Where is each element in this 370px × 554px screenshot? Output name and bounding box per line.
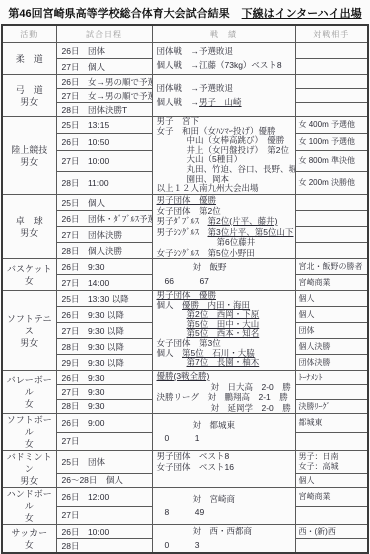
schedule-cell: 27日 女→男の順で予選 <box>56 89 152 103</box>
schedule-cell: 26日 女→男の順で予選 <box>56 75 152 89</box>
result-line: 個人戦 →男子 山崎 <box>153 96 295 110</box>
results-cell: 団体戦 →予選敗退 個人戦 →男子 山崎 <box>152 75 295 117</box>
schedule-cell: 28日 11:00 <box>56 172 152 195</box>
activity-gender: 男女 <box>3 227 56 239</box>
result-line: 優勝(3戦全勝) <box>153 371 295 382</box>
result-line: 0 1 <box>153 432 295 446</box>
schedule-cell: 27日 <box>56 506 152 525</box>
results-table: 活動 試合日程 戦 績 対戦相手 柔 道 26日 団体 団体戦 →予選敗退 個人… <box>1 24 369 554</box>
opponent-cell <box>295 227 368 243</box>
results-cell: 男子団体 ベスト8 女子団体 ベスト16 <box>152 451 295 488</box>
result-line: 男子団体 ベスト8 <box>153 451 295 462</box>
schedule-cell: 26日 9:30 <box>56 371 152 385</box>
schedule-cell: 25日 個人 <box>56 195 152 211</box>
activity-cell-softball: ソフトボール 女 <box>2 414 56 451</box>
table-row: 卓 球 男女 25日 個人 男子団体 優勝 女子団体 第2位 男子ﾀﾞﾌﾞﾙｽ … <box>2 195 368 211</box>
activity-gender: 女 <box>3 512 56 524</box>
opponent-cell <box>295 211 368 227</box>
activity-name: 柔 道 <box>3 53 56 65</box>
result-line: 0 3 <box>153 539 295 553</box>
schedule-cell: 26日 9:30 以降 <box>56 307 152 323</box>
schedule-cell: 27日 9:30 <box>56 385 152 399</box>
schedule-cell: 26日 10:50 <box>56 134 152 151</box>
activity-name: 卓 球 <box>3 215 56 227</box>
table-row: 柔 道 26日 団体 団体戦 →予選敗退 個人戦 →江藤（73kg）ベスト8 <box>2 43 368 59</box>
schedule-cell: 28日 9:30 以降 <box>56 339 152 355</box>
opponent-cell: 女 200m 決勝他 <box>295 172 368 195</box>
result-line: 第7位 長園・柚木 <box>153 358 295 368</box>
result-line: 団体戦 →予選敗退 <box>153 45 295 59</box>
result-line: 対 西・西都商 <box>153 525 295 539</box>
opponent-cell: 都城東 <box>295 414 368 433</box>
schedule-cell: 26日 団体・ﾀﾞﾌﾞﾙｽ予選 <box>56 211 152 227</box>
activity-cell-table-tennis: 卓 球 男女 <box>2 195 56 259</box>
result-line: 対 日大高 2-0 勝 <box>153 382 295 393</box>
result-line: 対 飯野 <box>153 261 295 275</box>
result-line: 第6位藤井 <box>153 237 295 248</box>
result-line: 女子ｼﾝｸﾞﾙｽ 第5位小野田 <box>153 248 295 259</box>
activity-gender: 男女 <box>3 337 56 349</box>
result-line: 個人戦 →江藤（73kg）ベスト8 <box>153 59 295 73</box>
results-cell: 対 宮崎商 8 49 <box>152 488 295 525</box>
table-row: サッカー 女 26日 10:00 対 西・西都商 0 3 西・(新)西 <box>2 525 368 539</box>
result-line: 男子団体 優勝 <box>153 195 295 206</box>
result-line: 8 49 <box>153 506 295 520</box>
result-line: 団体戦 →予選敗退 <box>153 82 295 96</box>
schedule-cell: 27日 14:00 <box>56 275 152 291</box>
activity-cell-soft-tennis: ソフトテニス 男女 <box>2 291 56 371</box>
result-line: 決勝リーグ 対 鵬翔高 2-1 勝 <box>153 392 295 403</box>
opponent-cell: ﾄｰﾅﾒﾝﾄ <box>295 371 368 385</box>
opponent-cell: 女 800m 準決他 <box>295 151 368 172</box>
schedule-cell: 26～28日 個人 <box>56 473 152 487</box>
schedule-cell: 26日 9:00 <box>56 414 152 433</box>
opponent-cell <box>295 385 368 399</box>
activity-gender: 女 <box>3 398 56 410</box>
results-cell: 団体戦 →予選敗退 個人戦 →江藤（73kg）ベスト8 <box>152 43 295 75</box>
schedule-cell: 28日 9:30 <box>56 399 152 413</box>
result-line: 女子団体 ベスト16 <box>153 462 295 473</box>
opponent-cell <box>295 506 368 525</box>
opponent-cell: 個人 <box>295 473 368 487</box>
table-row: ハンドボール 女 26日 12:00 対 宮崎商 8 49 宮崎商業 <box>2 488 368 507</box>
table-row: 弓 道 男女 26日 女→男の順で予選 団体戦 →予選敗退 個人戦 →男子 山崎 <box>2 75 368 89</box>
schedule-cell: 28日 団体決勝T <box>56 103 152 117</box>
activity-cell-basketball: バスケット 女 <box>2 259 56 291</box>
table-row: ソフトテニス 男女 25日 13:30 以降 男子団体 優勝 個人 優勝 内田・… <box>2 291 368 307</box>
results-cell: 対 都城東 0 1 <box>152 414 295 451</box>
schedule-cell: 28日 個人決勝 <box>56 243 152 259</box>
table-row: ソフトボール 女 26日 9:00 対 都城東 0 1 都城東 <box>2 414 368 433</box>
result-line: 以上１２人南九州大会出場 <box>153 184 295 194</box>
activity-name: ハンドボール <box>3 488 56 512</box>
schedule-cell: 25日 団体 <box>56 451 152 474</box>
results-cell: 男子団体 優勝 女子団体 第2位 男子ﾀﾞﾌﾞﾙｽ 第2位(片平、藤井) 男子ｼ… <box>152 195 295 259</box>
schedule-cell: 27日 団体決勝 <box>56 227 152 243</box>
schedule-cell: 27日 <box>56 432 152 451</box>
schedule-cell: 25日 13:15 <box>56 117 152 134</box>
opponent-cell: 宮崎商業 <box>295 488 368 507</box>
results-cell: 優勝(3戦全勝) 対 日大高 2-0 勝 決勝リーグ 対 鵬翔高 2-1 勝 対… <box>152 371 295 414</box>
table-header-row: 活動 試合日程 戦 績 対戦相手 <box>2 25 368 43</box>
activity-name: バスケット <box>3 263 56 275</box>
table-row: バドミントン 男女 25日 団体 男子団体 ベスト8 女子団体 ベスト16 男子… <box>2 451 368 474</box>
opponent-cell <box>295 59 368 75</box>
activity-gender: 男女 <box>3 475 56 487</box>
schedule-cell: 26日 12:00 <box>56 488 152 507</box>
table-row: バレーボール 女 26日 9:30 優勝(3戦全勝) 対 日大高 2-0 勝 決… <box>2 371 368 385</box>
schedule-cell: 26日 団体 <box>56 43 152 59</box>
schedule-cell: 26日 10:00 <box>56 525 152 539</box>
activity-name: ソフトテニス <box>3 313 56 337</box>
activity-cell-kyudo: 弓 道 男女 <box>2 75 56 117</box>
results-cell: 対 飯野 66 67 <box>152 259 295 291</box>
table-row: 陸上競技 男女 25日 13:15 男子 宮下 女子 和田（女ﾊﾝﾏｰ投げ）優勝… <box>2 117 368 134</box>
opponent-cell <box>295 103 368 117</box>
header-result: 戦 績 <box>152 25 295 43</box>
opponent-cell: 個人 <box>295 307 368 323</box>
opponent-cell: 団体 <box>295 323 368 339</box>
opponent-cell <box>295 539 368 553</box>
opponent-cell: 宮崎商業 <box>295 275 368 291</box>
result-line: 男子ﾀﾞﾌﾞﾙｽ 第2位(片平、藤井) <box>153 216 295 227</box>
opponent-cell: 女 100m 予選他 <box>295 134 368 151</box>
activity-name: 弓 道 <box>3 84 56 96</box>
result-line: 対 都城東 <box>153 419 295 433</box>
opponent-cell <box>295 243 368 259</box>
header-schedule: 試合日程 <box>56 25 152 43</box>
opponent-cell <box>295 195 368 211</box>
activity-name: 陸上競技 <box>3 144 56 156</box>
opponent-cell: 西・(新)西 <box>295 525 368 539</box>
opponent-cell <box>295 432 368 451</box>
result-line: 女子団体 第2位 <box>153 206 295 217</box>
activity-gender: 女 <box>3 438 56 450</box>
page-title: 第46回宮崎県高等学校総合体育大会試合結果下線はインターハイ出場 <box>0 0 370 24</box>
schedule-cell: 28日 <box>56 539 152 553</box>
activity-cell-soccer: サッカー 女 <box>2 525 56 554</box>
schedule-cell: 27日 9:30 以降 <box>56 323 152 339</box>
opponent-cell: 個人 <box>295 291 368 307</box>
title-note: 下線はインターハイ出場 <box>242 8 362 20</box>
results-cell: 対 西・西都商 0 3 <box>152 525 295 554</box>
activity-gender: 女 <box>3 275 56 287</box>
schedule-cell: 26日 9:30 <box>56 259 152 275</box>
activity-cell-judo: 柔 道 <box>2 43 56 75</box>
header-opponent: 対戦相手 <box>295 25 368 43</box>
table-row: バスケット 女 26日 9:30 対 飯野 66 67 宮北・飯野の勝者 <box>2 259 368 275</box>
schedule-cell: 27日 10:00 <box>56 151 152 172</box>
schedule-cell: 27日 個人 <box>56 59 152 75</box>
opponent-cell: 宮北・飯野の勝者 <box>295 259 368 275</box>
activity-cell-badminton: バドミントン 男女 <box>2 451 56 488</box>
activity-name: バレーボール <box>3 374 56 398</box>
opponent-cell <box>295 75 368 89</box>
opponent-cell: 個人決勝 <box>295 339 368 355</box>
opponent-cell: 男子：日南 女子：高城 <box>295 451 368 474</box>
activity-name: ソフトボール <box>3 414 56 438</box>
header-activity: 活動 <box>2 25 56 43</box>
result-line: 男子ｼﾝｸﾞﾙｽ 第3位片平、第5位山下 <box>153 227 295 238</box>
opponent-cell <box>295 89 368 103</box>
activity-gender: 男女 <box>3 96 56 108</box>
results-cell: 男子団体 優勝 個人 優勝 内田・海田 第2位 西岡・下原 第5位 田中・大山 … <box>152 291 295 371</box>
opponent-cell: 決勝ﾘｰｸﾞ <box>295 399 368 413</box>
result-line: 66 67 <box>153 275 295 289</box>
results-cell: 男子 宮下 女子 和田（女ﾊﾝﾏｰ投げ）優勝 中山（女棒高跳び） 優勝 井上（女… <box>152 117 295 195</box>
activity-name: バドミントン <box>3 451 56 475</box>
schedule-cell: 29日 9:30 以降 <box>56 355 152 371</box>
activity-gender: 男女 <box>3 156 56 168</box>
result-line: 対 延岡学 2-0 勝 <box>153 403 295 414</box>
activity-cell-handball: ハンドボール 女 <box>2 488 56 525</box>
activity-cell-volleyball: バレーボール 女 <box>2 371 56 414</box>
activity-cell-athletics: 陸上競技 男女 <box>2 117 56 195</box>
activity-name: サッカー <box>3 527 56 539</box>
opponent-cell: 女 400m 予選他 <box>295 117 368 134</box>
opponent-cell <box>295 43 368 59</box>
result-line: 対 宮崎商 <box>153 493 295 507</box>
schedule-cell: 25日 13:30 以降 <box>56 291 152 307</box>
title-main: 第46回宮崎県高等学校総合体育大会試合結果 <box>8 8 229 20</box>
opponent-cell: 団体決勝 <box>295 355 368 371</box>
activity-gender: 女 <box>3 539 56 551</box>
